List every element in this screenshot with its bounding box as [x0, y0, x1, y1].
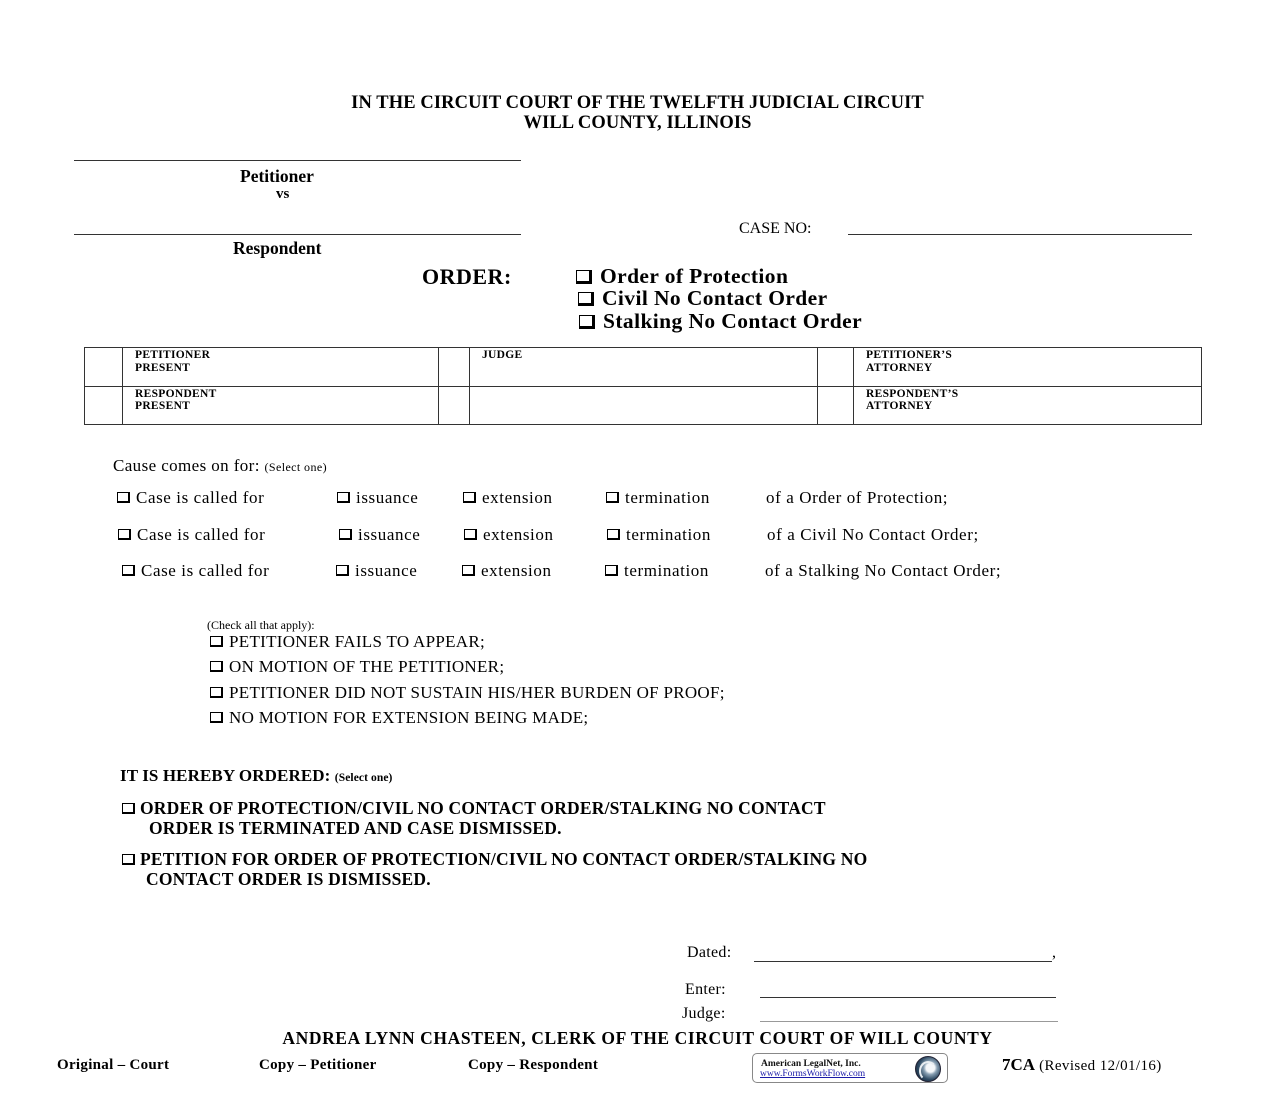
revised-date: (Revised 12/01/16) [1039, 1058, 1162, 1074]
checkbox-icon[interactable] [578, 292, 594, 306]
logo-website-link[interactable]: www.FormsWorkFlow.com [760, 1069, 908, 1079]
checkbox-icon[interactable] [463, 492, 476, 503]
case-number-label: CASE NO: [739, 220, 811, 238]
logo-company-name: American LegalNet, Inc. [761, 1059, 861, 1069]
petitioner-present-cell: PETITIONERPRESENT [123, 348, 439, 387]
cause-row-protection-of: of a Order of Protection; [766, 488, 948, 508]
enter-label: Enter: [685, 981, 726, 999]
vs-label: vs [276, 186, 289, 203]
order-option-civil-no-contact[interactable]: Civil No Contact Order [578, 286, 828, 311]
select-one-hint: (Select one) [335, 772, 393, 784]
case-number-field[interactable] [848, 234, 1192, 235]
respondent-present-checkbox[interactable] [85, 386, 123, 425]
petitioner-attorney-checkbox[interactable] [818, 348, 854, 387]
cause-title: Cause comes on for: (Select one) [113, 456, 327, 476]
enter-field[interactable] [760, 997, 1056, 998]
ordered-petition-dismissed[interactable]: PETITION FOR ORDER OF PROTECTION/CIVIL N… [122, 849, 867, 889]
checkbox-icon[interactable] [122, 854, 135, 865]
order-option-stalking-no-contact[interactable]: Stalking No Contact Order [579, 309, 862, 334]
dated-comma: , [1052, 944, 1056, 962]
cause-row-stalking-extension[interactable]: extension [462, 561, 552, 581]
blank-cell[interactable] [470, 386, 818, 425]
ordered-terminated-dismissed[interactable]: ORDER OF PROTECTION/CIVIL NO CONTACT ORD… [122, 798, 826, 838]
select-one-hint: (Select one) [265, 460, 327, 474]
checkbox-icon[interactable] [607, 529, 620, 540]
cause-row-stalking-called[interactable]: Case is called for [122, 561, 269, 581]
checkbox-icon[interactable] [117, 492, 130, 503]
checkbox-icon[interactable] [606, 492, 619, 503]
presence-table: PETITIONERPRESENT JUDGE PETITIONER’SATTO… [84, 347, 1202, 425]
blank-checkbox[interactable] [439, 386, 470, 425]
cause-row-stalking-issuance[interactable]: issuance [336, 561, 417, 581]
apply-petitioner-fails-to-appear[interactable]: PETITIONER FAILS TO APPEAR; [210, 632, 485, 652]
checkbox-icon[interactable] [122, 803, 135, 814]
american-legalnet-logo[interactable]: American LegalNet, Inc. www.FormsWorkFlo… [752, 1053, 948, 1083]
judge-signature-field[interactable] [760, 1021, 1058, 1022]
checkbox-icon[interactable] [210, 712, 223, 723]
judge-cell[interactable]: JUDGE [470, 348, 818, 387]
cause-row-civil-termination[interactable]: termination [607, 525, 711, 545]
cause-row-protection-extension[interactable]: extension [463, 488, 553, 508]
cause-row-stalking-termination[interactable]: termination [605, 561, 709, 581]
cause-row-stalking-of: of a Stalking No Contact Order; [765, 561, 1001, 581]
dated-label: Dated: [687, 944, 731, 962]
petitioner-label: Petitioner [240, 166, 314, 187]
respondent-attorney-cell: RESPONDENT’SATTORNEY [854, 386, 1202, 425]
globe-icon [915, 1056, 941, 1082]
checkbox-icon[interactable] [339, 529, 352, 540]
petitioner-name-field[interactable] [74, 160, 521, 161]
respondent-name-field[interactable] [74, 234, 521, 235]
petitioner-attorney-cell: PETITIONER’SATTORNEY [854, 348, 1202, 387]
check-all-hint: (Check all that apply): [207, 618, 315, 633]
checkbox-icon[interactable] [336, 565, 349, 576]
clerk-name: ANDREA LYNN CHASTEEN, CLERK OF THE CIRCU… [0, 1028, 1275, 1049]
dated-field[interactable] [754, 961, 1052, 962]
checkbox-icon[interactable] [337, 492, 350, 503]
court-header: IN THE CIRCUIT COURT OF THE TWELFTH JUDI… [0, 93, 1275, 133]
order-label: ORDER: [422, 264, 512, 290]
cause-row-civil-extension[interactable]: extension [464, 525, 554, 545]
copy-original-court: Original – Court [57, 1057, 169, 1074]
table-row: PETITIONERPRESENT JUDGE PETITIONER’SATTO… [85, 348, 1202, 387]
respondent-attorney-checkbox[interactable] [818, 386, 854, 425]
checkbox-icon[interactable] [210, 687, 223, 698]
apply-no-motion-for-extension[interactable]: NO MOTION FOR EXTENSION BEING MADE; [210, 708, 588, 728]
judge-checkbox[interactable] [439, 348, 470, 387]
court-header-line1: IN THE CIRCUIT COURT OF THE TWELFTH JUDI… [0, 93, 1275, 113]
checkbox-icon[interactable] [464, 529, 477, 540]
checkbox-icon[interactable] [210, 636, 223, 647]
checkbox-icon[interactable] [576, 270, 592, 284]
form-number: 7CA [1002, 1055, 1035, 1074]
apply-burden-of-proof[interactable]: PETITIONER DID NOT SUSTAIN HIS/HER BURDE… [210, 683, 725, 703]
cause-row-protection-issuance[interactable]: issuance [337, 488, 418, 508]
table-row: RESPONDENTPRESENT RESPONDENT’SATTORNEY [85, 386, 1202, 425]
cause-row-protection-termination[interactable]: termination [606, 488, 710, 508]
checkbox-icon[interactable] [462, 565, 475, 576]
form-number-block: 7CA (Revised 12/01/16) [1002, 1055, 1162, 1075]
cause-row-civil-called[interactable]: Case is called for [118, 525, 265, 545]
cause-row-protection-called[interactable]: Case is called for [117, 488, 264, 508]
cause-row-civil-issuance[interactable]: issuance [339, 525, 420, 545]
apply-on-motion-of-petitioner[interactable]: ON MOTION OF THE PETITIONER; [210, 657, 504, 677]
respondent-label: Respondent [233, 238, 322, 259]
respondent-present-cell: RESPONDENTPRESENT [123, 386, 439, 425]
checkbox-icon[interactable] [605, 565, 618, 576]
checkbox-icon[interactable] [579, 315, 595, 329]
checkbox-icon[interactable] [210, 661, 223, 672]
judge-label: Judge: [682, 1005, 726, 1023]
court-header-line2: WILL COUNTY, ILLINOIS [0, 113, 1275, 133]
petitioner-present-checkbox[interactable] [85, 348, 123, 387]
hereby-ordered-title: IT IS HEREBY ORDERED: (Select one) [120, 766, 392, 786]
checkbox-icon[interactable] [118, 529, 131, 540]
cause-row-civil-of: of a Civil No Contact Order; [767, 525, 979, 545]
copy-petitioner: Copy – Petitioner [259, 1057, 377, 1074]
checkbox-icon[interactable] [122, 565, 135, 576]
copy-respondent: Copy – Respondent [468, 1057, 598, 1074]
